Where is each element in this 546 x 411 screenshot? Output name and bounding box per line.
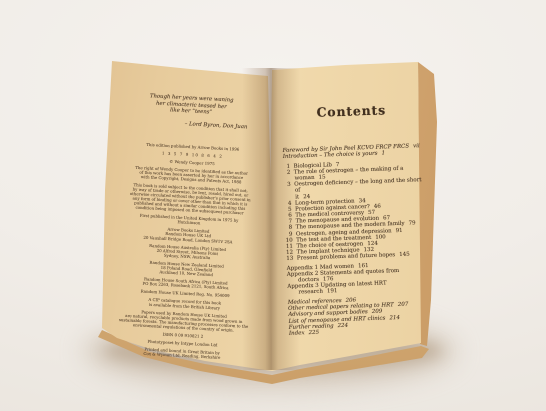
toc-entry-page-number: vii — [413, 143, 420, 149]
toc-entry-label: Index — [289, 330, 305, 337]
toc-entry-page-number: 191 — [327, 289, 338, 295]
photo-stage: Though her years were waning her climact… — [0, 0, 546, 411]
contents-page: Contents Foreword by Sir John Peel KCVO … — [281, 101, 429, 340]
toc-entry-page-number: 207 — [398, 302, 409, 308]
toc-entry-page-number: 225 — [308, 330, 319, 336]
imprint-block: This edition published by Arrow Books in… — [107, 141, 268, 365]
toc-entry-page-number: 46 — [374, 203, 381, 209]
toc-front-matter: Foreword by Sir John Peel KCVO FRCP FRCS… — [282, 143, 422, 160]
toc-chapter-number: 3 — [284, 182, 291, 188]
toc-chapter-number: 13 — [286, 256, 293, 262]
toc-entry-page-number: 91 — [396, 227, 403, 233]
toc-entry-page-number: 100 — [375, 234, 386, 240]
toc-entry-page-number: 79 — [409, 221, 416, 227]
toc-appendices: Appendix 1 Mad women161 Appendix 2 State… — [287, 261, 428, 297]
toc-entry-page-number: 214 — [389, 315, 400, 321]
toc-entry-page-number: 1 — [381, 151, 385, 157]
toc-entry-page-number: 224 — [337, 323, 348, 329]
toc-back-matter: Medical references206 Other medical pape… — [288, 295, 429, 337]
toc-chapters: 1Biological Lib7 2The role of oestrogen … — [283, 159, 426, 262]
toc-entry-page-number: 145 — [399, 252, 410, 258]
imprint-paragraph: This book is sold subject to the conditi… — [114, 182, 265, 217]
toc-chapter-number: 2 — [283, 170, 290, 176]
epigraph: Though her years were waning her climact… — [124, 92, 258, 131]
